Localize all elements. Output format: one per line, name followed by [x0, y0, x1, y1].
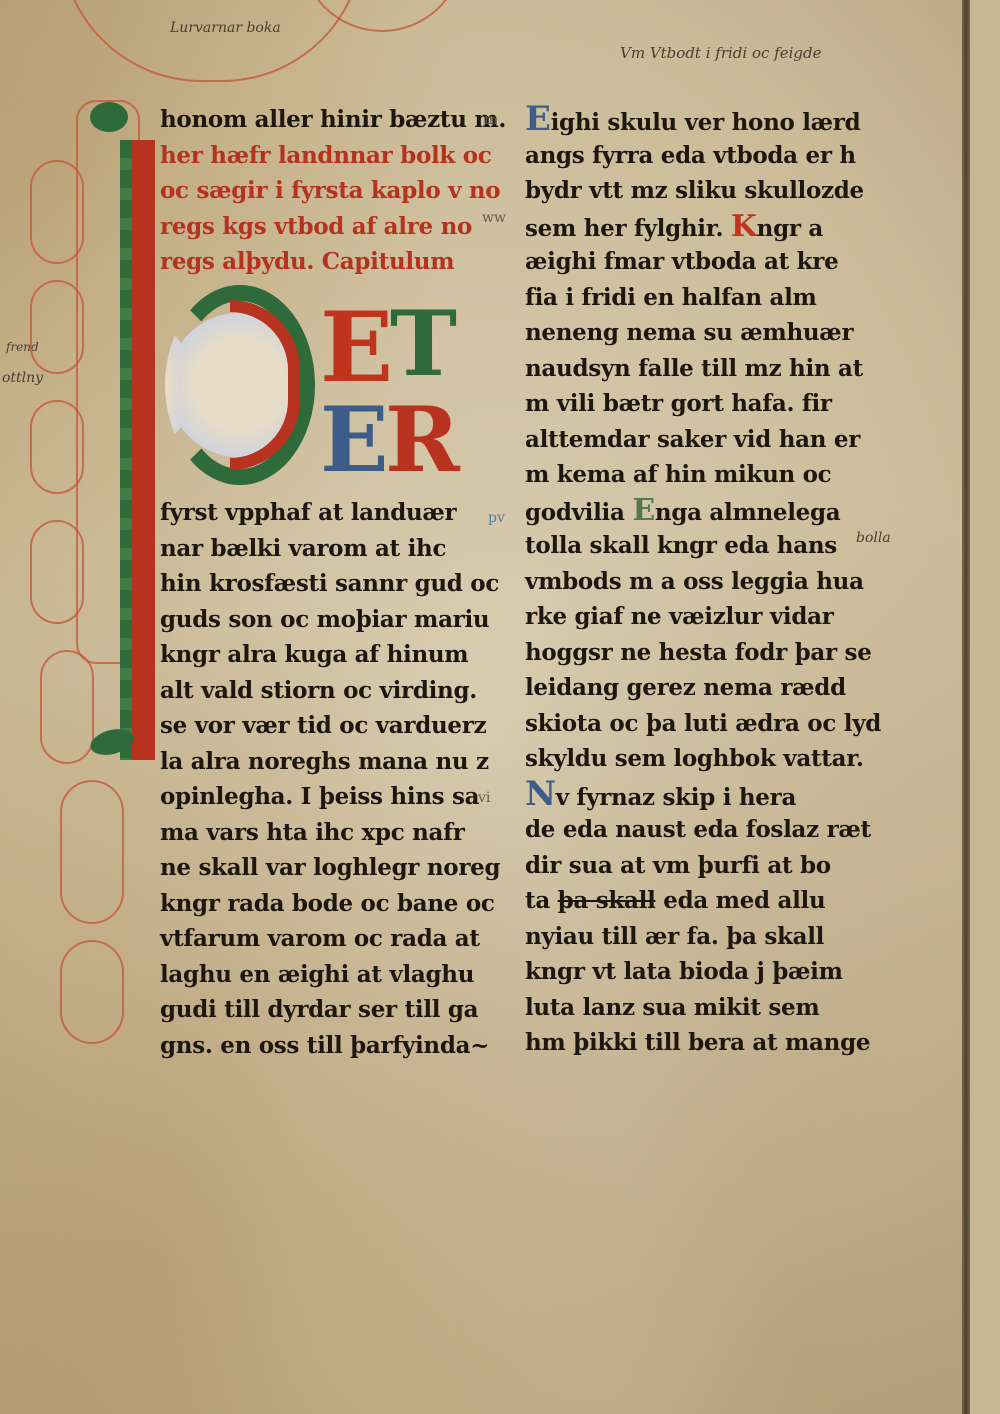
- text-line: fia i fridi en halfan alm: [525, 280, 881, 316]
- rubric-line: her hæfr landnnar bolk oc: [160, 138, 506, 174]
- margin-flourish-6: [60, 780, 124, 924]
- text-line: kngr vt lata bioda j þæim: [525, 954, 881, 990]
- decorative-scroll-top: [60, 0, 364, 82]
- manuscript-page: Lurvarnar boka Vm Vtbodt i fridi oc feig…: [0, 0, 1000, 1414]
- text-line: alt vald stiorn oc virding.: [160, 673, 500, 709]
- text-line: tolla skall kngr eda hans: [525, 528, 881, 564]
- left-column-body: fyrst vpphaf at landuær nar bælki varom …: [160, 495, 500, 1063]
- text-line: gns. en oss till þarfyinda~: [160, 1028, 500, 1064]
- text-line: kngr alra kuga af hinum: [160, 637, 500, 673]
- text-line: ne skall var loghlegr noreg: [160, 850, 500, 886]
- top-margin-note-right: Vm Vtbodt i fridi oc feigde: [620, 44, 821, 62]
- text-line: hm þikki till bera at mange: [525, 1025, 881, 1061]
- initial-E-blue: E: [525, 99, 551, 139]
- text-line: bydr vtt mz sliku skullozde: [525, 173, 881, 209]
- text-line: luta lanz sua mikit sem: [525, 990, 881, 1026]
- text-line: vmbods m a oss leggia hua: [525, 564, 881, 600]
- text-line: neneng nema su æmhuær: [525, 315, 881, 351]
- text-line: nar bælki varom at ihc: [160, 531, 500, 567]
- decorated-word-DETER: E T E R: [160, 280, 490, 490]
- letter-R: R: [385, 392, 460, 488]
- text-line: m kema af hin mikun oc: [525, 457, 881, 493]
- text-line: rke giaf ne væizlur vidar: [525, 599, 881, 635]
- right-column: Eighi skulu ver hono lærd angs fyrra eda…: [525, 102, 881, 1061]
- text-line: alttemdar saker vid han er: [525, 422, 881, 458]
- text-line: dir sua at vm þurfi at bo: [525, 848, 881, 884]
- initial-green-crenellation: [120, 140, 132, 760]
- text-line: vtfarum varom oc rada at: [160, 921, 500, 957]
- initial-N-blue: N: [525, 774, 556, 814]
- text-line: skiota oc þa luti ædra oc lyd: [525, 706, 881, 742]
- text-line: m vili bætr gort hafa. fir: [525, 386, 881, 422]
- margin-mark: m: [484, 112, 497, 128]
- rubric-line: oc sægir i fyrsta kaplo v no: [160, 173, 506, 209]
- letter-E-2: E: [320, 392, 389, 488]
- text-line: de eda naust eda foslaz ræt: [525, 812, 881, 848]
- text-line: angs fyrra eda vtboda er h: [525, 138, 881, 174]
- margin-mark: pv: [488, 510, 505, 526]
- text-line: æighi fmar vtboda at kre: [525, 244, 881, 280]
- rubric-line: regs kgs vtbod af alre no: [160, 209, 506, 245]
- text-line: honom aller hinir bæztu m.: [160, 102, 506, 138]
- margin-flourish-5: [40, 650, 94, 764]
- letter-T: T: [390, 294, 457, 394]
- text-line: fyrst vpphaf at landuær: [160, 495, 500, 531]
- text-line: se vor vær tid oc varduerz: [160, 708, 500, 744]
- binding-gutter: [962, 0, 970, 1414]
- text-line: gudi till dyrdar ser till ga: [160, 992, 500, 1028]
- text-line: opinlegha. I þeiss hins sa: [160, 779, 500, 815]
- text-line: hin krosfæsti sannr gud oc: [160, 566, 500, 602]
- struck-text: þa skall: [558, 887, 656, 914]
- text-line: hoggsr ne hesta fodr þar se: [525, 635, 881, 671]
- text-line: skyldu sem loghbok vattar.: [525, 741, 881, 777]
- text-line: la alra noreghs mana nu z: [160, 744, 500, 780]
- initial-E-green: E: [632, 493, 655, 528]
- facing-page-edge: [970, 0, 1000, 1414]
- margin-flourish-7: [60, 940, 124, 1044]
- initial-K-red: K: [731, 209, 757, 244]
- left-margin-note-2: ottlny: [2, 370, 43, 386]
- text-line: Nv fyrnaz skip i hera: [525, 777, 881, 813]
- text-line: sem her fylghir. Kngr a: [525, 209, 881, 245]
- text-line: ma vars hta ihc xpc nafr: [160, 815, 500, 851]
- text-line: Eighi skulu ver hono lærd: [525, 102, 881, 138]
- margin-mark: ww: [482, 210, 506, 226]
- left-column: honom aller hinir bæztu m. her hæfr land…: [160, 102, 506, 280]
- text-line: laghu en æighi at vlaghu: [160, 957, 500, 993]
- top-margin-note-left: Lurvarnar boka: [170, 20, 281, 36]
- text-line: godvilia Enga almnelega: [525, 493, 881, 529]
- text-line: leidang gerez nema rædd: [525, 670, 881, 706]
- letter-E-1: E: [320, 298, 393, 398]
- margin-mark: vi: [478, 790, 490, 806]
- text-line: guds son oc moþiar mariu: [160, 602, 500, 638]
- text-line: ta þa skall eda med allu: [525, 883, 881, 919]
- rubric-line: regs alþydu. Capitulum: [160, 244, 506, 280]
- initial-curl-top: [90, 102, 128, 132]
- text-line: kngr rada bode oc bane oc: [160, 886, 500, 922]
- text-line: nyiau till ær fa. þa skall: [525, 919, 881, 955]
- text-line: naudsyn falle till mz hin at: [525, 351, 881, 387]
- illuminated-initial-I: [90, 100, 150, 680]
